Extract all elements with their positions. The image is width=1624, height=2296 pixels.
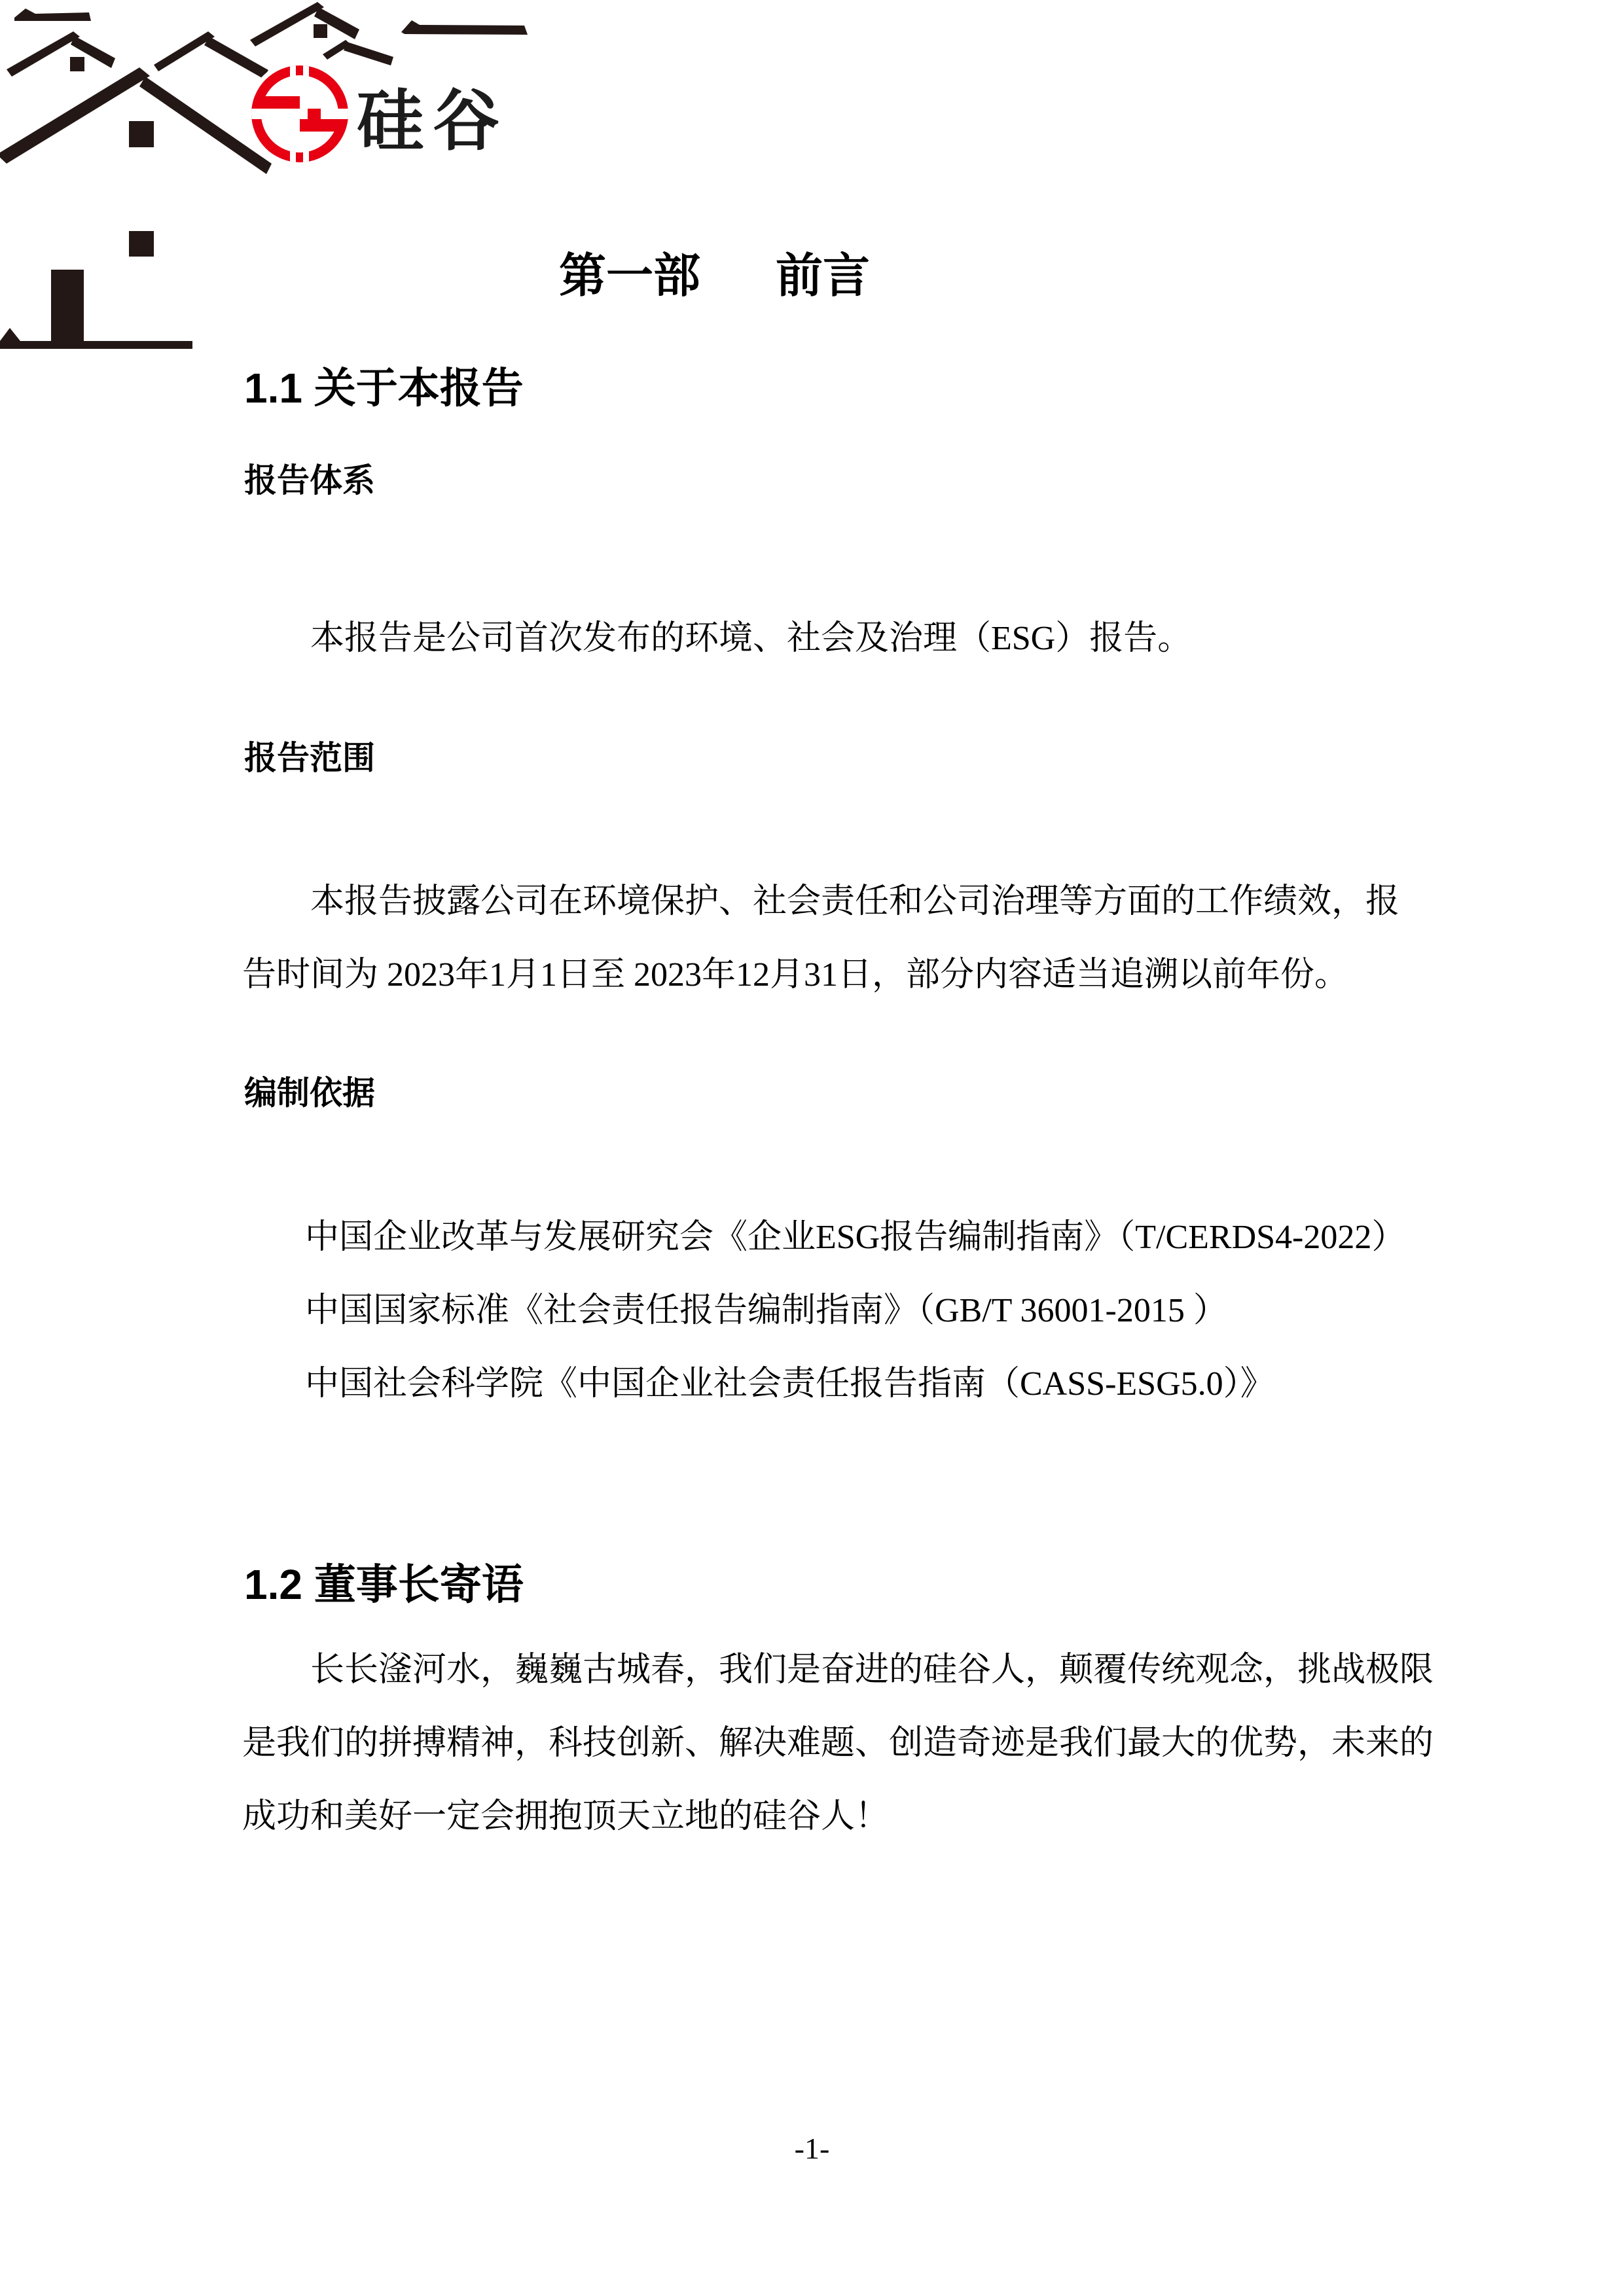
reference-item: 中国社会科学院《中国企业社会责任报告指南（CASS-ESG5.0）》 (305, 1348, 1483, 1421)
roof-big-left (0, 67, 150, 164)
roof-top-left (250, 2, 324, 46)
emblem-slot (303, 141, 309, 164)
roof-mid-left (154, 31, 215, 71)
report-page: 硅谷 第一部前言 1.1 关于本报告 报告体系 本报告是公司首次发布的环境、社会… (0, 0, 1624, 2296)
paragraph-report-system: 本报告是公司首次发布的环境、社会及治理（ESG）报告。 (242, 602, 1420, 675)
emblem-slot (290, 141, 296, 164)
reference-item: 中国企业改革与发展研究会《企业ESG报告编制指南》（T/CERDS4-2022） (305, 1201, 1483, 1274)
logo-emblem (247, 61, 353, 167)
section-heading-1-2: 1.2 董事长寄语 (244, 1562, 524, 1607)
page-title-text: 前言 (776, 250, 870, 302)
subheading-report-system: 报告体系 (244, 461, 375, 500)
page-number: -1- (0, 2132, 1624, 2165)
paragraph-line: 本报告是公司首次发布的环境、社会及治理（ESG）报告。 (242, 602, 1420, 675)
roof-flag-right (401, 20, 528, 35)
reference-item: 中国国家标准《社会责任报告编制指南》（GB/T 36001-2015 ） (305, 1274, 1483, 1348)
chevron-right (344, 42, 393, 65)
roof-left-slope (7, 31, 80, 77)
reference-list: 中国企业改革与发展研究会《企业ESG报告编制指南》（T/CERDS4-2022）… (305, 1201, 1483, 1421)
roof-window (314, 24, 327, 38)
floating-window (129, 231, 154, 257)
company-logo: 硅谷 (0, 0, 530, 353)
page-title-part: 第一部 (559, 250, 700, 302)
ground-tip (0, 328, 20, 341)
paragraph-chairman-message: 长长滏河水，巍巍古城春，我们是奋进的硅谷人，颠覆传统观念，挑战极限 是我们的拼搏… (242, 1634, 1420, 1854)
subheading-basis: 编制依据 (244, 1073, 375, 1113)
paragraph-report-scope: 本报告披露公司在环境保护、社会责任和公司治理等方面的工作绩效，报 告时间为 20… (242, 865, 1420, 1012)
chimney (51, 270, 84, 349)
emblem-bar-upper (249, 96, 300, 109)
paragraph-line: 长长滏河水，巍巍古城春，我们是奋进的硅谷人，颠覆传统观念，挑战极限 (242, 1634, 1420, 1707)
page-title: 第一部前言 (559, 251, 870, 301)
paragraph-line: 成功和美好一定会拥抱顶天立地的硅谷人！ (242, 1780, 1420, 1854)
logo-rooftops (0, 2, 528, 349)
paragraph-line: 告时间为 2023年1月1日至 2023年12月31日，部分内容适当追溯以前年份… (242, 939, 1420, 1012)
paragraph-line: 本报告披露公司在环境保护、社会责任和公司治理等方面的工作绩效，报 (242, 865, 1420, 939)
logo-brand-text: 硅谷 (357, 84, 509, 158)
emblem-slot (303, 63, 309, 85)
roof-window (70, 57, 84, 71)
roof-flag-left (14, 9, 91, 21)
subheading-report-scope: 报告范围 (244, 738, 375, 778)
emblem-mid-dash (308, 109, 321, 119)
emblem-midline (249, 109, 351, 119)
section-heading-1-1: 1.1 关于本报告 (244, 365, 524, 411)
ground-bar (0, 341, 192, 349)
paragraph-line: 是我们的拼搏精神，科技创新、解决难题、创造奇迹是我们最大的优势，未来的 (242, 1707, 1420, 1780)
emblem-bar-lower (300, 119, 351, 132)
roof-window (129, 121, 154, 147)
